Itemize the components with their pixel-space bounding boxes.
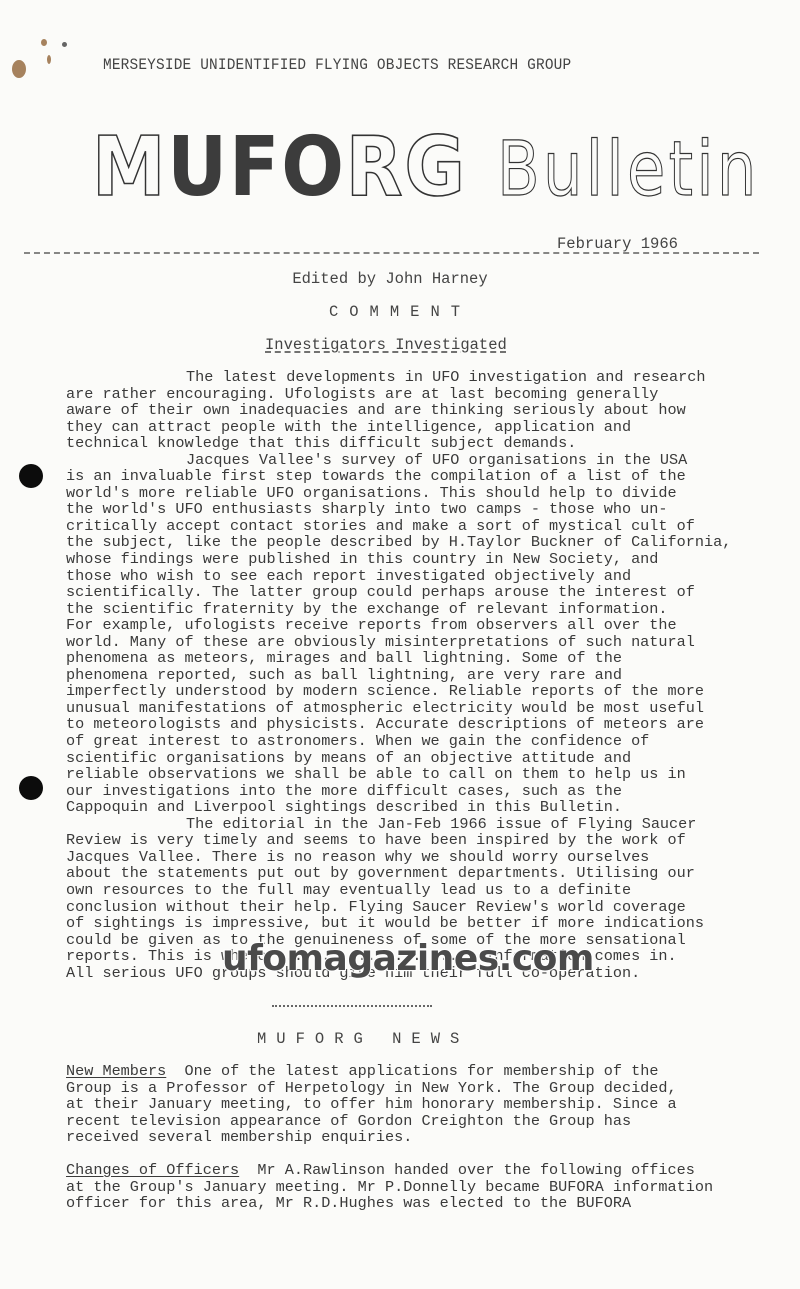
editor-line: Edited by John Harney bbox=[0, 270, 800, 288]
punch-hole bbox=[19, 776, 43, 800]
article-line: reliable observations we shall be able t… bbox=[66, 766, 800, 783]
article-line: The latest developments in UFO investiga… bbox=[66, 369, 800, 386]
article-line: are rather encouraging. Ufologists are a… bbox=[66, 386, 800, 403]
article-line: scientific organisations by means of an … bbox=[66, 750, 800, 767]
news-item: New Members One of the latest applicatio… bbox=[66, 1063, 796, 1146]
news-heading: MUFORG NEWS bbox=[257, 1030, 469, 1048]
ink-stain bbox=[12, 60, 26, 78]
news-item-text: Mr A.Rawlinson handed over the following… bbox=[257, 1161, 694, 1179]
news-line: at their January meeting, to offer him h… bbox=[66, 1096, 796, 1113]
article-line: technical knowledge that this difficult … bbox=[66, 435, 800, 452]
news-item-text: officer for this area, Mr R.D.Hughes was… bbox=[66, 1194, 631, 1212]
masthead-outline-prefix: M bbox=[92, 120, 167, 215]
article-line: they can attract people with the intelli… bbox=[66, 419, 800, 436]
article-line: those who wish to see each report invest… bbox=[66, 568, 800, 585]
article-title: Investigators Investigated bbox=[265, 336, 507, 354]
ink-stain bbox=[41, 39, 47, 46]
article-line: scientifically. The latter group could p… bbox=[66, 584, 800, 601]
news-item-text: recent television appearance of Gordon C… bbox=[66, 1112, 631, 1130]
article-line: phenomena reported, such as ball lightni… bbox=[66, 667, 800, 684]
section-divider bbox=[272, 1005, 432, 1007]
news-item-text: Group is a Professor of Herpetology in N… bbox=[66, 1079, 677, 1097]
article-line: world's more reliable UFO organisations.… bbox=[66, 485, 800, 502]
news-line: New Members One of the latest applicatio… bbox=[66, 1063, 796, 1080]
news-item-heading: Changes of Officers bbox=[66, 1161, 239, 1179]
article-line: unusual manifestations of atmospheric el… bbox=[66, 700, 800, 717]
issue-date: February 1966 bbox=[557, 235, 678, 253]
news-line: Changes of Officers Mr A.Rawlinson hande… bbox=[66, 1162, 796, 1179]
article-line: the subject, like the people described b… bbox=[66, 534, 800, 551]
section-heading: COMMENT bbox=[0, 303, 800, 321]
article-line: about the statements put out by governme… bbox=[66, 865, 800, 882]
news-line: recent television appearance of Gordon C… bbox=[66, 1113, 796, 1130]
article-line: Jacques Vallee. There is no reason why w… bbox=[66, 849, 800, 866]
article-line: Cappoquin and Liverpool sightings descri… bbox=[66, 799, 800, 816]
article-line: is an invaluable first step towards the … bbox=[66, 468, 800, 485]
article-line: our investigations into the more difficu… bbox=[66, 783, 800, 800]
article-line: Review is very timely and seems to have … bbox=[66, 832, 800, 849]
organisation-name: MERSEYSIDE UNIDENTIFIED FLYING OBJECTS R… bbox=[103, 56, 571, 74]
article-line: conclusion without their help. Flying Sa… bbox=[66, 899, 800, 916]
article-line: For example, ufologists receive reports … bbox=[66, 617, 800, 634]
masthead: MUFORG Bulletin bbox=[92, 120, 508, 215]
ink-stain bbox=[47, 55, 51, 64]
article-line: the scientific fraternity by the exchang… bbox=[66, 601, 800, 618]
article-line: to meteorologists and physicists. Accura… bbox=[66, 716, 800, 733]
article-line: Jacques Vallee's survey of UFO organisat… bbox=[66, 452, 800, 469]
news-line: officer for this area, Mr R.D.Hughes was… bbox=[66, 1195, 796, 1212]
article-line: The editorial in the Jan-Feb 1966 issue … bbox=[66, 816, 800, 833]
masthead-subtitle: Bulletin bbox=[497, 124, 760, 213]
article-line: phenomena as meteors, mirages and ball l… bbox=[66, 650, 800, 667]
punch-hole bbox=[19, 464, 43, 488]
masthead-outline-suffix: RG bbox=[346, 120, 467, 215]
article-line: world. Many of these are obviously misin… bbox=[66, 634, 800, 651]
article-line: whose findings were published in this co… bbox=[66, 551, 800, 568]
news-line: at the Group's January meeting. Mr P.Don… bbox=[66, 1179, 796, 1196]
article-line: the world's UFO enthusiasts sharply into… bbox=[66, 501, 800, 518]
header-rule bbox=[24, 252, 759, 254]
bulletin-page: MERSEYSIDE UNIDENTIFIED FLYING OBJECTS R… bbox=[0, 0, 800, 1289]
news-item-text: One of the latest applications for membe… bbox=[185, 1062, 659, 1080]
news-item-text: at the Group's January meeting. Mr P.Don… bbox=[66, 1178, 713, 1196]
news-line: Group is a Professor of Herpetology in N… bbox=[66, 1080, 796, 1097]
article-line: of sightings is impressive, but it would… bbox=[66, 915, 800, 932]
news-item-text: at their January meeting, to offer him h… bbox=[66, 1095, 677, 1113]
article-line: of great interest to astronomers. When w… bbox=[66, 733, 800, 750]
article-line: critically accept contact stories and ma… bbox=[66, 518, 800, 535]
ink-stain bbox=[62, 42, 67, 47]
article-body: The latest developments in UFO investiga… bbox=[66, 369, 800, 981]
masthead-title: MUFORG bbox=[92, 120, 467, 215]
masthead-solid: UFO bbox=[167, 120, 345, 215]
watermark: ufomagazines.com bbox=[222, 938, 594, 979]
news-item: Changes of Officers Mr A.Rawlinson hande… bbox=[66, 1162, 796, 1212]
news-line: received several membership enquiries. bbox=[66, 1129, 796, 1146]
article-line: own resources to the full may eventually… bbox=[66, 882, 800, 899]
news-item-text: received several membership enquiries. bbox=[66, 1128, 412, 1146]
news-item-heading: New Members bbox=[66, 1062, 166, 1080]
article-line: imperfectly understood by modern science… bbox=[66, 683, 800, 700]
article-line: aware of their own inadequacies and are … bbox=[66, 402, 800, 419]
